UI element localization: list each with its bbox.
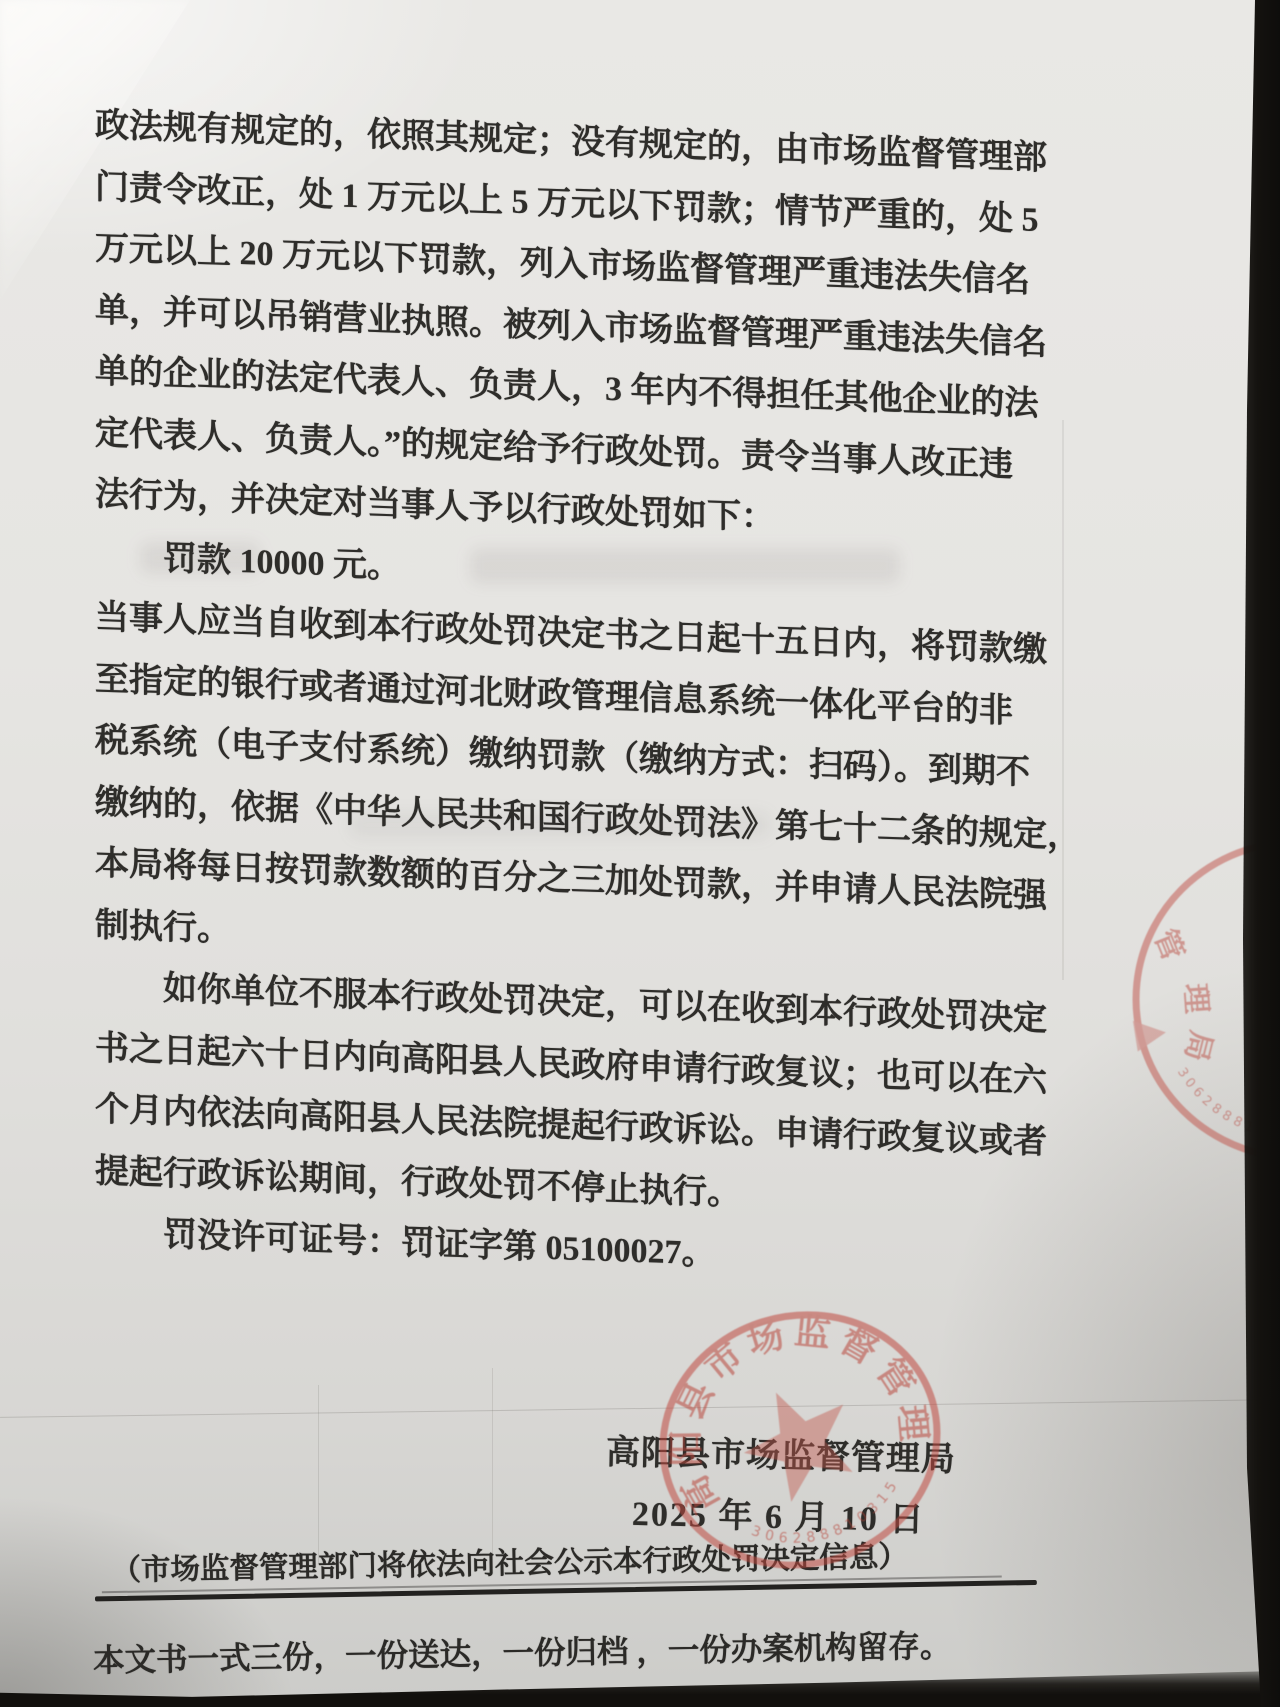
edge-seal-char: 理 bbox=[1178, 982, 1213, 1014]
document-body: 政法规有规定的，依照其规定；没有规定的，由市场监督管理部 门责令改正，处 1 万… bbox=[95, 95, 1085, 1298]
svg-text:306288810315: 306288810315 bbox=[743, 1472, 913, 1563]
star-icon bbox=[726, 1368, 871, 1511]
official-seal: 高阳县市场监督管理局 306288810315 bbox=[645, 1290, 965, 1600]
seal-serial: 306288810315 bbox=[743, 1472, 913, 1563]
edge-seal-char: 局 bbox=[1178, 1027, 1217, 1064]
paper-crease bbox=[0, 1399, 1280, 1418]
edge-seal-star-point bbox=[1130, 1021, 1167, 1054]
document-photo: 政法规有规定的，依照其规定；没有规定的，由市场监督管理部 门责令改正，处 1 万… bbox=[0, 0, 1280, 1707]
footer-copies: 本文书一式三份，一份送达，一份归档 ，一份办案机构留存。 bbox=[93, 1621, 952, 1681]
